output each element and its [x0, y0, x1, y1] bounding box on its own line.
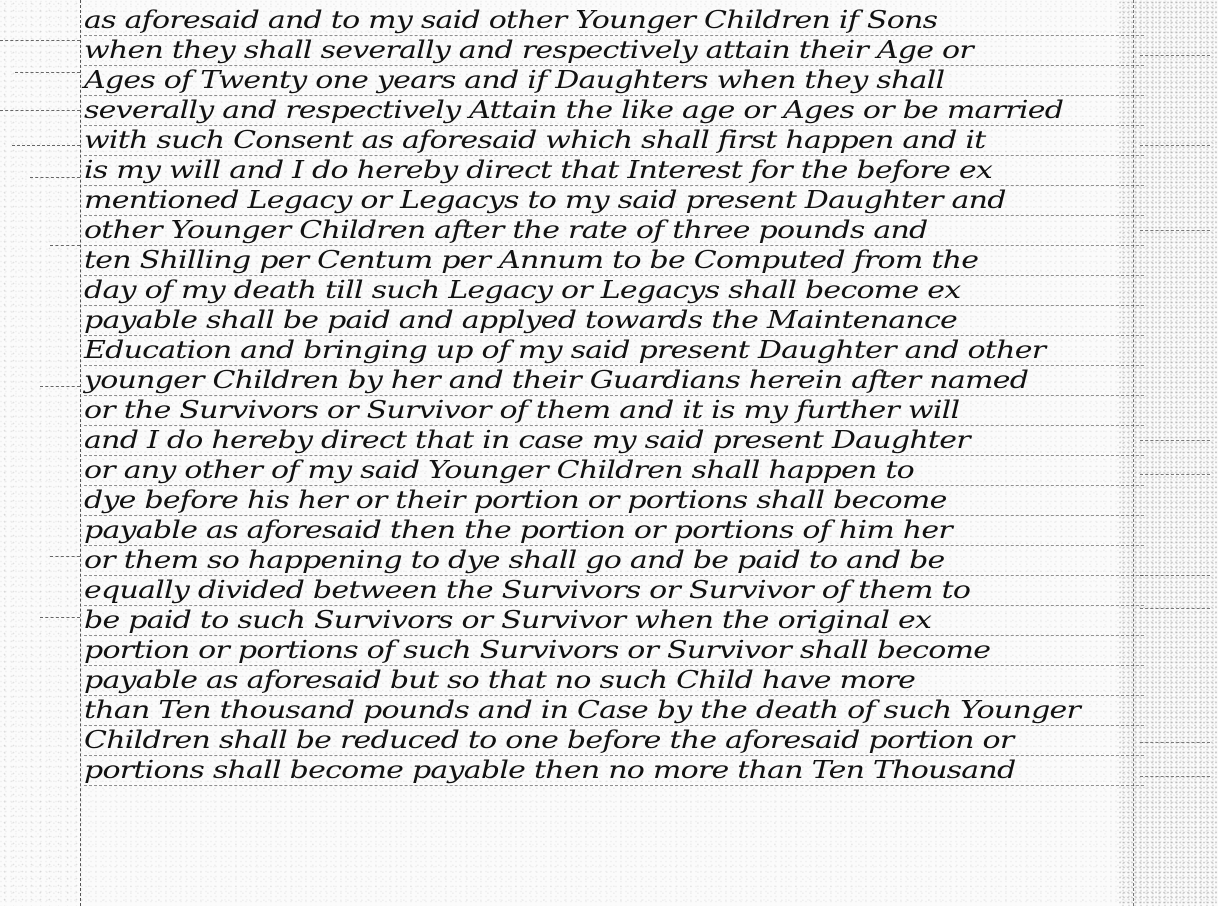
line-text: severally and respectively Attain the li… — [84, 96, 1063, 125]
right-tick — [1140, 145, 1210, 146]
margin-tick — [0, 40, 80, 41]
line-text: other Younger Children after the rate of… — [84, 216, 928, 245]
text-line: and I do hereby direct that in case my s… — [84, 426, 1144, 456]
text-line: younger Children by her and their Guardi… — [84, 366, 1144, 396]
margin-tick — [50, 245, 80, 246]
line-text: ten Shilling per Centum per Annum to be … — [84, 246, 978, 275]
handwritten-text-block: as aforesaid and to my said other Younge… — [84, 6, 1144, 786]
line-text: or any other of my said Younger Children… — [84, 456, 914, 485]
text-line: severally and respectively Attain the li… — [84, 96, 1144, 126]
margin-tick — [12, 145, 80, 146]
manuscript-page: as aforesaid and to my said other Younge… — [0, 0, 1218, 906]
text-line: portion or portions of such Survivors or… — [84, 636, 1144, 666]
line-text: payable shall be paid and applyed toward… — [84, 306, 957, 335]
right-tick — [1140, 742, 1210, 743]
margin-tick — [0, 110, 80, 111]
text-line: be paid to such Survivors or Survivor wh… — [84, 606, 1144, 636]
line-text: equally divided between the Survivors or… — [84, 576, 970, 605]
line-text: mentioned Legacy or Legacys to my said p… — [84, 186, 1006, 215]
margin-tick — [50, 556, 80, 557]
text-line: or the Survivors or Survivor of them and… — [84, 396, 1144, 426]
margin-tick — [40, 386, 80, 387]
text-line: dye before his her or their portion or p… — [84, 486, 1144, 516]
text-line: Ages of Twenty one years and if Daughter… — [84, 66, 1144, 96]
line-text: be paid to such Survivors or Survivor wh… — [84, 606, 931, 635]
text-line: as aforesaid and to my said other Younge… — [84, 6, 1144, 36]
text-line: when they shall severally and respective… — [84, 36, 1144, 66]
line-text: younger Children by her and their Guardi… — [84, 366, 1028, 395]
right-tick — [1140, 55, 1210, 56]
line-text: as aforesaid and to my said other Younge… — [84, 6, 937, 35]
left-margin-noise — [0, 0, 78, 906]
line-text: Children shall be reduced to one before … — [84, 726, 1013, 755]
margin-tick — [30, 177, 80, 178]
right-tick — [1140, 608, 1210, 609]
text-line: with such Consent as aforesaid which sha… — [84, 126, 1144, 156]
line-text: dye before his her or their portion or p… — [84, 486, 947, 515]
text-line: payable shall be paid and applyed toward… — [84, 306, 1144, 336]
line-text: Education and bringing up of my said pre… — [84, 336, 1045, 365]
text-line: portions shall become payable then no mo… — [84, 756, 1144, 786]
line-text: portions shall become payable then no mo… — [84, 756, 1015, 785]
margin-tick — [15, 72, 80, 73]
text-line: payable as aforesaid but so that no such… — [84, 666, 1144, 696]
text-line: payable as aforesaid then the portion or… — [84, 516, 1144, 546]
text-line: or any other of my said Younger Children… — [84, 456, 1144, 486]
right-tick — [1140, 474, 1210, 475]
right-tick — [1140, 776, 1210, 777]
text-line: than Ten thousand pounds and in Case by … — [84, 696, 1144, 726]
text-line: Children shall be reduced to one before … — [84, 726, 1144, 756]
line-text: with such Consent as aforesaid which sha… — [84, 126, 985, 155]
right-tick — [1140, 440, 1210, 441]
left-margin-rule — [80, 0, 81, 906]
text-line: is my will and I do hereby direct that I… — [84, 156, 1144, 186]
line-text: than Ten thousand pounds and in Case by … — [84, 696, 1080, 725]
line-text: day of my death till such Legacy or Lega… — [84, 276, 960, 305]
line-text: payable as aforesaid but so that no such… — [84, 666, 915, 695]
right-tick — [1140, 230, 1210, 231]
text-line: equally divided between the Survivors or… — [84, 576, 1144, 606]
right-tick — [1140, 575, 1210, 576]
text-line: Education and bringing up of my said pre… — [84, 336, 1144, 366]
text-line: ten Shilling per Centum per Annum to be … — [84, 246, 1144, 276]
line-text: and I do hereby direct that in case my s… — [84, 426, 970, 455]
line-text: or the Survivors or Survivor of them and… — [84, 396, 959, 425]
text-line: other Younger Children after the rate of… — [84, 216, 1144, 246]
line-text: when they shall severally and respective… — [84, 36, 973, 65]
text-line: mentioned Legacy or Legacys to my said p… — [84, 186, 1144, 216]
text-line: or them so happening to dye shall go and… — [84, 546, 1144, 576]
line-text: is my will and I do hereby direct that I… — [84, 156, 992, 185]
line-text: portion or portions of such Survivors or… — [84, 636, 990, 665]
line-text: payable as aforesaid then the portion or… — [84, 516, 952, 545]
line-text: or them so happening to dye shall go and… — [84, 546, 945, 575]
margin-tick — [40, 617, 80, 618]
text-line: day of my death till such Legacy or Lega… — [84, 276, 1144, 306]
line-text: Ages of Twenty one years and if Daughter… — [84, 66, 944, 95]
